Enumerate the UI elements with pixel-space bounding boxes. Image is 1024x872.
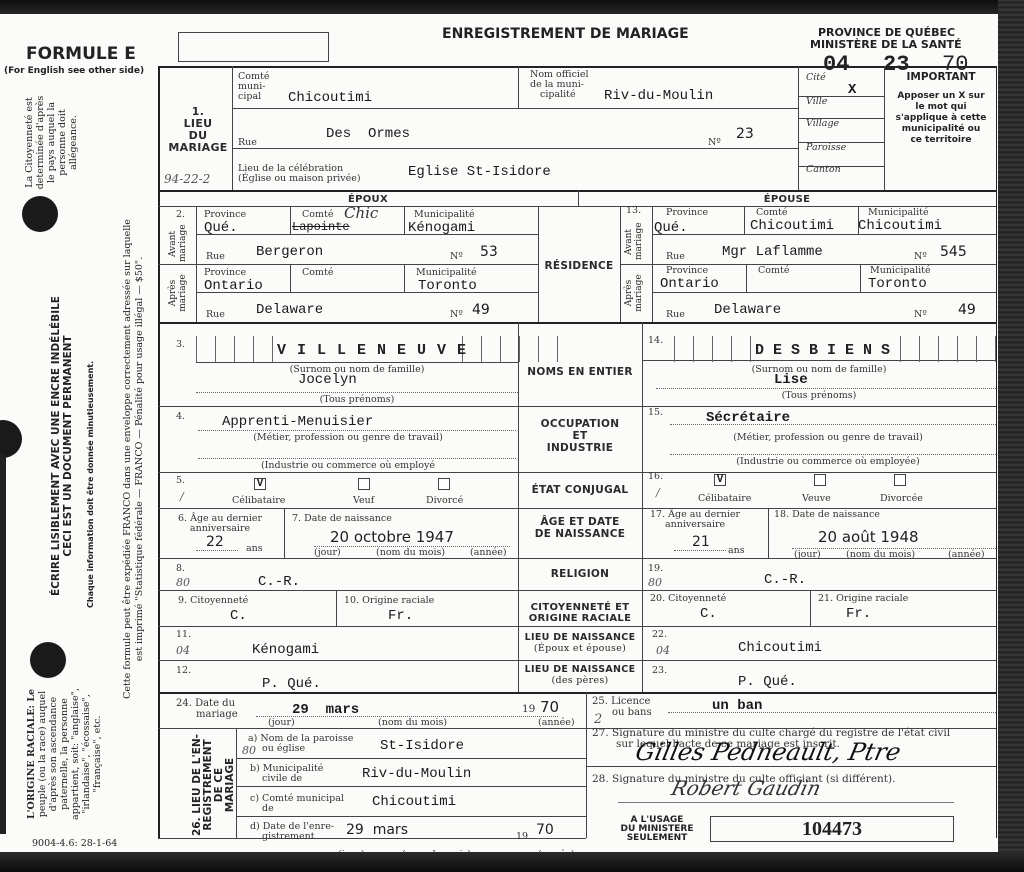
comte-municipal-value[interactable]: Chicoutimi: [288, 90, 372, 106]
blank-box[interactable]: [178, 32, 329, 62]
occupation-label: OCCUPATION ET INDUSTRIE: [518, 418, 642, 454]
ministry-use-label: A L'USAGE DU MINISTERE SEULEMENT: [612, 816, 702, 843]
epoux-religion[interactable]: C.-R.: [258, 574, 300, 590]
epouse-avant-province[interactable]: Qué.: [654, 220, 688, 236]
epoux-avant-label: Avant mariage: [168, 226, 188, 262]
epoux-birth-hand: 04: [176, 644, 190, 657]
epouse-age[interactable]: 21: [692, 534, 710, 550]
scan-border-bottom: [0, 852, 1024, 872]
epoux-race-label: 10. Origine raciale: [344, 596, 434, 606]
etat-conjugal-label: ÉTAT CONJUGAL: [518, 484, 642, 496]
epouse-apres-province[interactable]: Ontario: [660, 276, 719, 292]
epouse-fb-num: 23.: [652, 666, 667, 676]
epoux-avant-no[interactable]: 53: [480, 244, 498, 260]
rue-label: Rue: [206, 252, 225, 262]
english-note: (For English see other side): [4, 66, 144, 76]
age-date-label: ÂGE ET DATE DE NAISSANCE: [518, 516, 642, 540]
comte-label: Comté: [756, 208, 787, 218]
ans-label: ans: [246, 544, 263, 554]
reg-date-value[interactable]: 29 mars: [346, 822, 408, 838]
epoux-etat-tick: /: [180, 490, 184, 503]
rue-label: Rue: [206, 310, 225, 320]
epouse-avant-comte[interactable]: Chicoutimi: [750, 218, 834, 234]
left-edge-strip: [0, 454, 6, 834]
epouse-apres-label: Après mariage: [624, 268, 644, 318]
epoux-apres-label: Après mariage: [168, 268, 188, 318]
rue-label: Rue: [666, 310, 685, 320]
epouse-race[interactable]: Fr.: [846, 606, 871, 622]
registration-number: 104473: [710, 816, 954, 842]
year-prefix: 19: [522, 704, 535, 714]
form-code: 9004-4.6: 28-1-64: [32, 838, 117, 849]
type-cite[interactable]: Cité: [806, 72, 826, 83]
epouse-surname-boxes[interactable]: DESBIENS: [674, 336, 1015, 362]
epouse-header: ÉPOUSE: [578, 194, 996, 205]
epoux-veuf-checkbox[interactable]: [358, 478, 370, 490]
paroisse-hand: 80: [242, 744, 256, 757]
epouse-rel-num: 19.: [648, 564, 663, 574]
epouse-etat-tick: /: [656, 486, 660, 499]
section1-header: 1. LIEU DU MARIAGE: [166, 106, 230, 154]
epoux-apres-province[interactable]: Ontario: [204, 278, 263, 294]
licence-hand: 2: [594, 712, 602, 727]
epoux-age[interactable]: 22: [206, 534, 224, 550]
epouse-etat-num: 16.: [648, 472, 663, 482]
jour-caption: (jour): [268, 718, 295, 728]
religion-label: RELIGION: [518, 568, 642, 580]
no-label: Nº: [914, 252, 927, 262]
epoux-veuf-label: Veuf: [353, 495, 374, 506]
epouse-divorcee-checkbox[interactable]: [894, 474, 906, 486]
epouse-religion[interactable]: C.-R.: [764, 572, 806, 588]
province-label: Province: [666, 266, 708, 276]
epouse-birth-num: 22.: [652, 630, 667, 640]
province-label: Province: [204, 268, 246, 278]
epoux-avant-num: 2.: [176, 210, 185, 220]
epouse-birthplace[interactable]: Chicoutimi: [738, 640, 822, 656]
comte-label: Comté: [302, 268, 333, 278]
epoux-avant-comte[interactable]: Lapointe: [292, 220, 350, 234]
epouse-veuve-label: Veuve: [802, 493, 831, 504]
type-village[interactable]: Village: [806, 118, 839, 129]
reg-year[interactable]: 70: [536, 822, 554, 838]
residence-label: RÉSIDENCE: [538, 260, 620, 272]
industry-caption: (Industrie ou commerce où employé: [198, 460, 498, 471]
epouse-nom-num: 14.: [648, 336, 663, 346]
write-legibly-note: ÉCRIRE LISIBLEMENT AVEC UNE ENCRE INDÉLÉ…: [50, 260, 74, 632]
punch-hole-top: [22, 196, 58, 232]
occupation-caption: (Métier, profession ou genre de travail): [198, 432, 498, 443]
industry-caption: (Industrie ou commerce où employée): [660, 456, 996, 467]
type-canton[interactable]: Canton: [806, 164, 841, 175]
epoux-celibataire-label: Célibataire: [232, 495, 285, 506]
epouse-avant-municipalite[interactable]: Chicoutimi: [858, 218, 942, 234]
epoux-divorce-label: Divorcé: [426, 495, 463, 506]
epouse-rel-hand: 80: [648, 576, 662, 589]
no-label: Nº: [450, 310, 463, 320]
annee-caption: (année): [948, 550, 985, 560]
municipalite-label: Municipalité: [870, 266, 931, 276]
epoux-fb-num: 12.: [176, 666, 191, 676]
rue-label: Rue: [666, 252, 685, 262]
province-label: Province: [204, 210, 246, 220]
epoux-dob[interactable]: 20 octobre 1947: [330, 528, 454, 546]
no-value[interactable]: 23: [736, 126, 754, 142]
punch-hole-bottom: [30, 642, 66, 678]
important-box: IMPORTANT Apposer un X sur le mot qui s'…: [886, 72, 996, 146]
citizenship-note: La Citoyenneté est determinée d'après le…: [24, 85, 79, 200]
epoux-nom-num: 3.: [176, 340, 185, 350]
no-label: Nº: [914, 310, 927, 320]
type-ville[interactable]: Ville: [806, 96, 827, 107]
epoux-surname-boxes[interactable]: VILLENEUVE: [196, 336, 558, 362]
epoux-occ-num: 4.: [176, 412, 185, 422]
racial-origin-note: L'ORIGINE RACIALE: Le peuple (ou la race…: [26, 674, 103, 834]
epoux-avant-province[interactable]: Qué.: [204, 220, 238, 236]
nom-officiel-label: Nom officiel de la muni- cipalité: [530, 70, 589, 100]
epoux-cit-label: 9. Citoyenneté: [178, 596, 248, 606]
form-title: ENREGISTREMENT DE MARIAGE: [442, 26, 689, 42]
epouse-citoyennete[interactable]: C.: [700, 606, 717, 622]
municipalite-label: Municipalité: [416, 268, 477, 278]
epouse-apres-municipalite[interactable]: Toronto: [868, 276, 927, 292]
annee-caption: (année): [470, 548, 507, 558]
epouse-occ-num: 15.: [648, 408, 663, 418]
occupation-caption: (Métier, profession ou genre de travail): [660, 432, 996, 443]
epoux-occupation[interactable]: Apprenti-Menuisier: [222, 414, 373, 430]
mois-caption: (nom du mois): [846, 550, 915, 560]
province-label: Province: [666, 208, 708, 218]
comte-municipal-reg-value[interactable]: Chicoutimi: [372, 794, 456, 810]
nom-officiel-value[interactable]: Riv-du-Moulin: [604, 88, 713, 104]
municipalite-label: Municipalité: [868, 208, 929, 218]
epoux-avant-municipalite[interactable]: Kénogami: [408, 220, 475, 236]
mois-caption: (nom du mois): [376, 548, 445, 558]
birthplace-label: LIEU DE NAISSANCE (Époux et épouse): [518, 632, 642, 654]
rue-value[interactable]: Des Ormes: [326, 126, 410, 142]
municipalite-label: Municipalité: [414, 210, 475, 220]
epoux-dob-label: 7. Date de naissance: [292, 514, 392, 524]
epoux-apres-no[interactable]: 49: [472, 302, 490, 318]
marriage-date-label: 24. Date du mariage: [176, 698, 238, 720]
epouse-dob[interactable]: 20 août 1948: [818, 528, 919, 546]
epouse-apres-no[interactable]: 49: [958, 302, 976, 318]
epoux-birthplace[interactable]: Kénogami: [252, 642, 319, 658]
reg-date-label: d) Date de l'enre- gistrement: [250, 822, 334, 842]
epoux-apres-municipalite[interactable]: Toronto: [418, 278, 477, 294]
info-note: Chaque information doit être donnée minu…: [86, 361, 95, 608]
comte-label: Comté: [302, 210, 333, 220]
ans-label: ans: [728, 546, 745, 556]
epouse-veuve-checkbox[interactable]: [814, 474, 826, 486]
franco-note: Cette formule peut être expédiée FRANCO …: [122, 164, 146, 754]
epouse-avant-no[interactable]: 545: [940, 244, 967, 260]
citizenship-race-label: CITOYENNETÉ ET ORIGINE RACIALE: [518, 602, 642, 624]
municipalite-civile-value[interactable]: Riv-du-Moulin: [362, 766, 471, 782]
no-label: Nº: [450, 252, 463, 262]
epoux-citoyennete[interactable]: C.: [230, 608, 247, 624]
registration-place-header: 26. LIEU DE L'EN- REGISTREMENT DE CE MAR…: [192, 732, 236, 838]
epoux-rel-hand: 80: [176, 576, 190, 589]
signature28: Robert Gaudin: [669, 776, 824, 800]
surname-caption: (Surnom ou nom de famille): [642, 364, 996, 375]
epouse-celibataire-label: Célibataire: [698, 493, 751, 504]
epouse-avant-rue[interactable]: Mgr Laflamme: [722, 244, 823, 260]
epoux-birth-num: 11.: [176, 630, 191, 640]
jour-caption: (jour): [314, 548, 341, 558]
epouse-prenoms[interactable]: Lise: [774, 372, 808, 388]
epouse-age-label: 17. Âge au dernier anniversaire: [650, 510, 740, 530]
scan-border-right: [998, 0, 1024, 872]
ministry: MINISTÈRE DE LA SANTÉ: [810, 38, 962, 51]
epoux-celibataire-checkbox[interactable]: V: [254, 478, 266, 490]
epouse-dob-label: 18. Date de naissance: [774, 510, 880, 520]
prenoms-caption: (Tous prénoms): [642, 390, 996, 401]
type-paroisse[interactable]: Paroisse: [806, 142, 846, 153]
epouse-celibataire-checkbox[interactable]: V: [714, 474, 726, 486]
prenoms-caption: (Tous prénoms): [196, 394, 518, 405]
comte-label: Comté: [758, 266, 789, 276]
epoux-avant-comte-hand: Chic: [344, 204, 378, 222]
surname-caption: (Surnom ou nom de famille): [196, 364, 518, 375]
reg-year-prefix: 19: [516, 832, 528, 842]
comte-municipal-reg-label: c) Comté municipal de: [250, 794, 344, 814]
epouse-race-label: 21. Origine raciale: [818, 594, 908, 604]
section1-hand-code: 94-22-2: [164, 172, 210, 186]
epouse-divorcee-label: Divorcée: [880, 493, 923, 504]
epouse-birth-hand: 04: [656, 644, 670, 657]
epouse-avant-label: Avant mariage: [624, 224, 644, 260]
epouse-avant-num: 13.: [626, 206, 641, 216]
lieu-celebration-label: Lieu de la célébration (Église ou maison…: [238, 164, 361, 184]
epouse-cit-label: 20. Citoyenneté: [650, 594, 726, 604]
marriage-registration-form: FORMULE E (For English see other side) E…: [0, 14, 998, 852]
form-name: FORMULE E: [26, 44, 136, 64]
paroisse-value[interactable]: St-Isidore: [380, 738, 464, 754]
punch-hole-middle: [0, 420, 22, 458]
annee-caption: (année): [538, 718, 575, 728]
fathers-birthplace-label: LIEU DE NAISSANCE (des pères): [518, 664, 642, 686]
municipalite-civile-label: b) Municipalité civile de: [250, 764, 323, 784]
epoux-apres-rue[interactable]: Delaware: [256, 302, 323, 318]
comte-municipal-label: Comté muni- cipal: [238, 72, 269, 102]
paroisse-label: a) Nom de la paroisse ou église: [248, 734, 353, 754]
rue-label: Rue: [238, 138, 257, 148]
epouse-fathers-birthplace[interactable]: P. Qué.: [738, 674, 797, 690]
epouse-apres-rue[interactable]: Delaware: [714, 302, 781, 318]
epoux-prenoms[interactable]: Jocelyn: [298, 372, 357, 388]
epoux-avant-rue[interactable]: Bergeron: [256, 244, 323, 260]
epoux-rel-num: 8.: [176, 564, 185, 574]
marriage-year[interactable]: 70: [540, 698, 559, 716]
jour-caption: (jour): [794, 550, 821, 560]
no-label: Nº: [708, 138, 721, 148]
epoux-race[interactable]: Fr.: [388, 608, 413, 624]
lieu-celebration-value[interactable]: Eglise St-Isidore: [408, 164, 551, 180]
epoux-etat-num: 5.: [176, 476, 185, 486]
mois-caption: (nom du mois): [378, 718, 447, 728]
epoux-age-label: 6. Âge au dernier anniversaire: [178, 514, 262, 534]
epoux-fathers-birthplace[interactable]: P. Qué.: [262, 676, 321, 692]
epoux-divorce-checkbox[interactable]: [438, 478, 450, 490]
type-ville-mark: X: [848, 82, 856, 98]
signature27: Gilles Pedneault, Ptre: [633, 738, 903, 766]
noms-label: NOMS EN ENTIER: [518, 366, 642, 378]
